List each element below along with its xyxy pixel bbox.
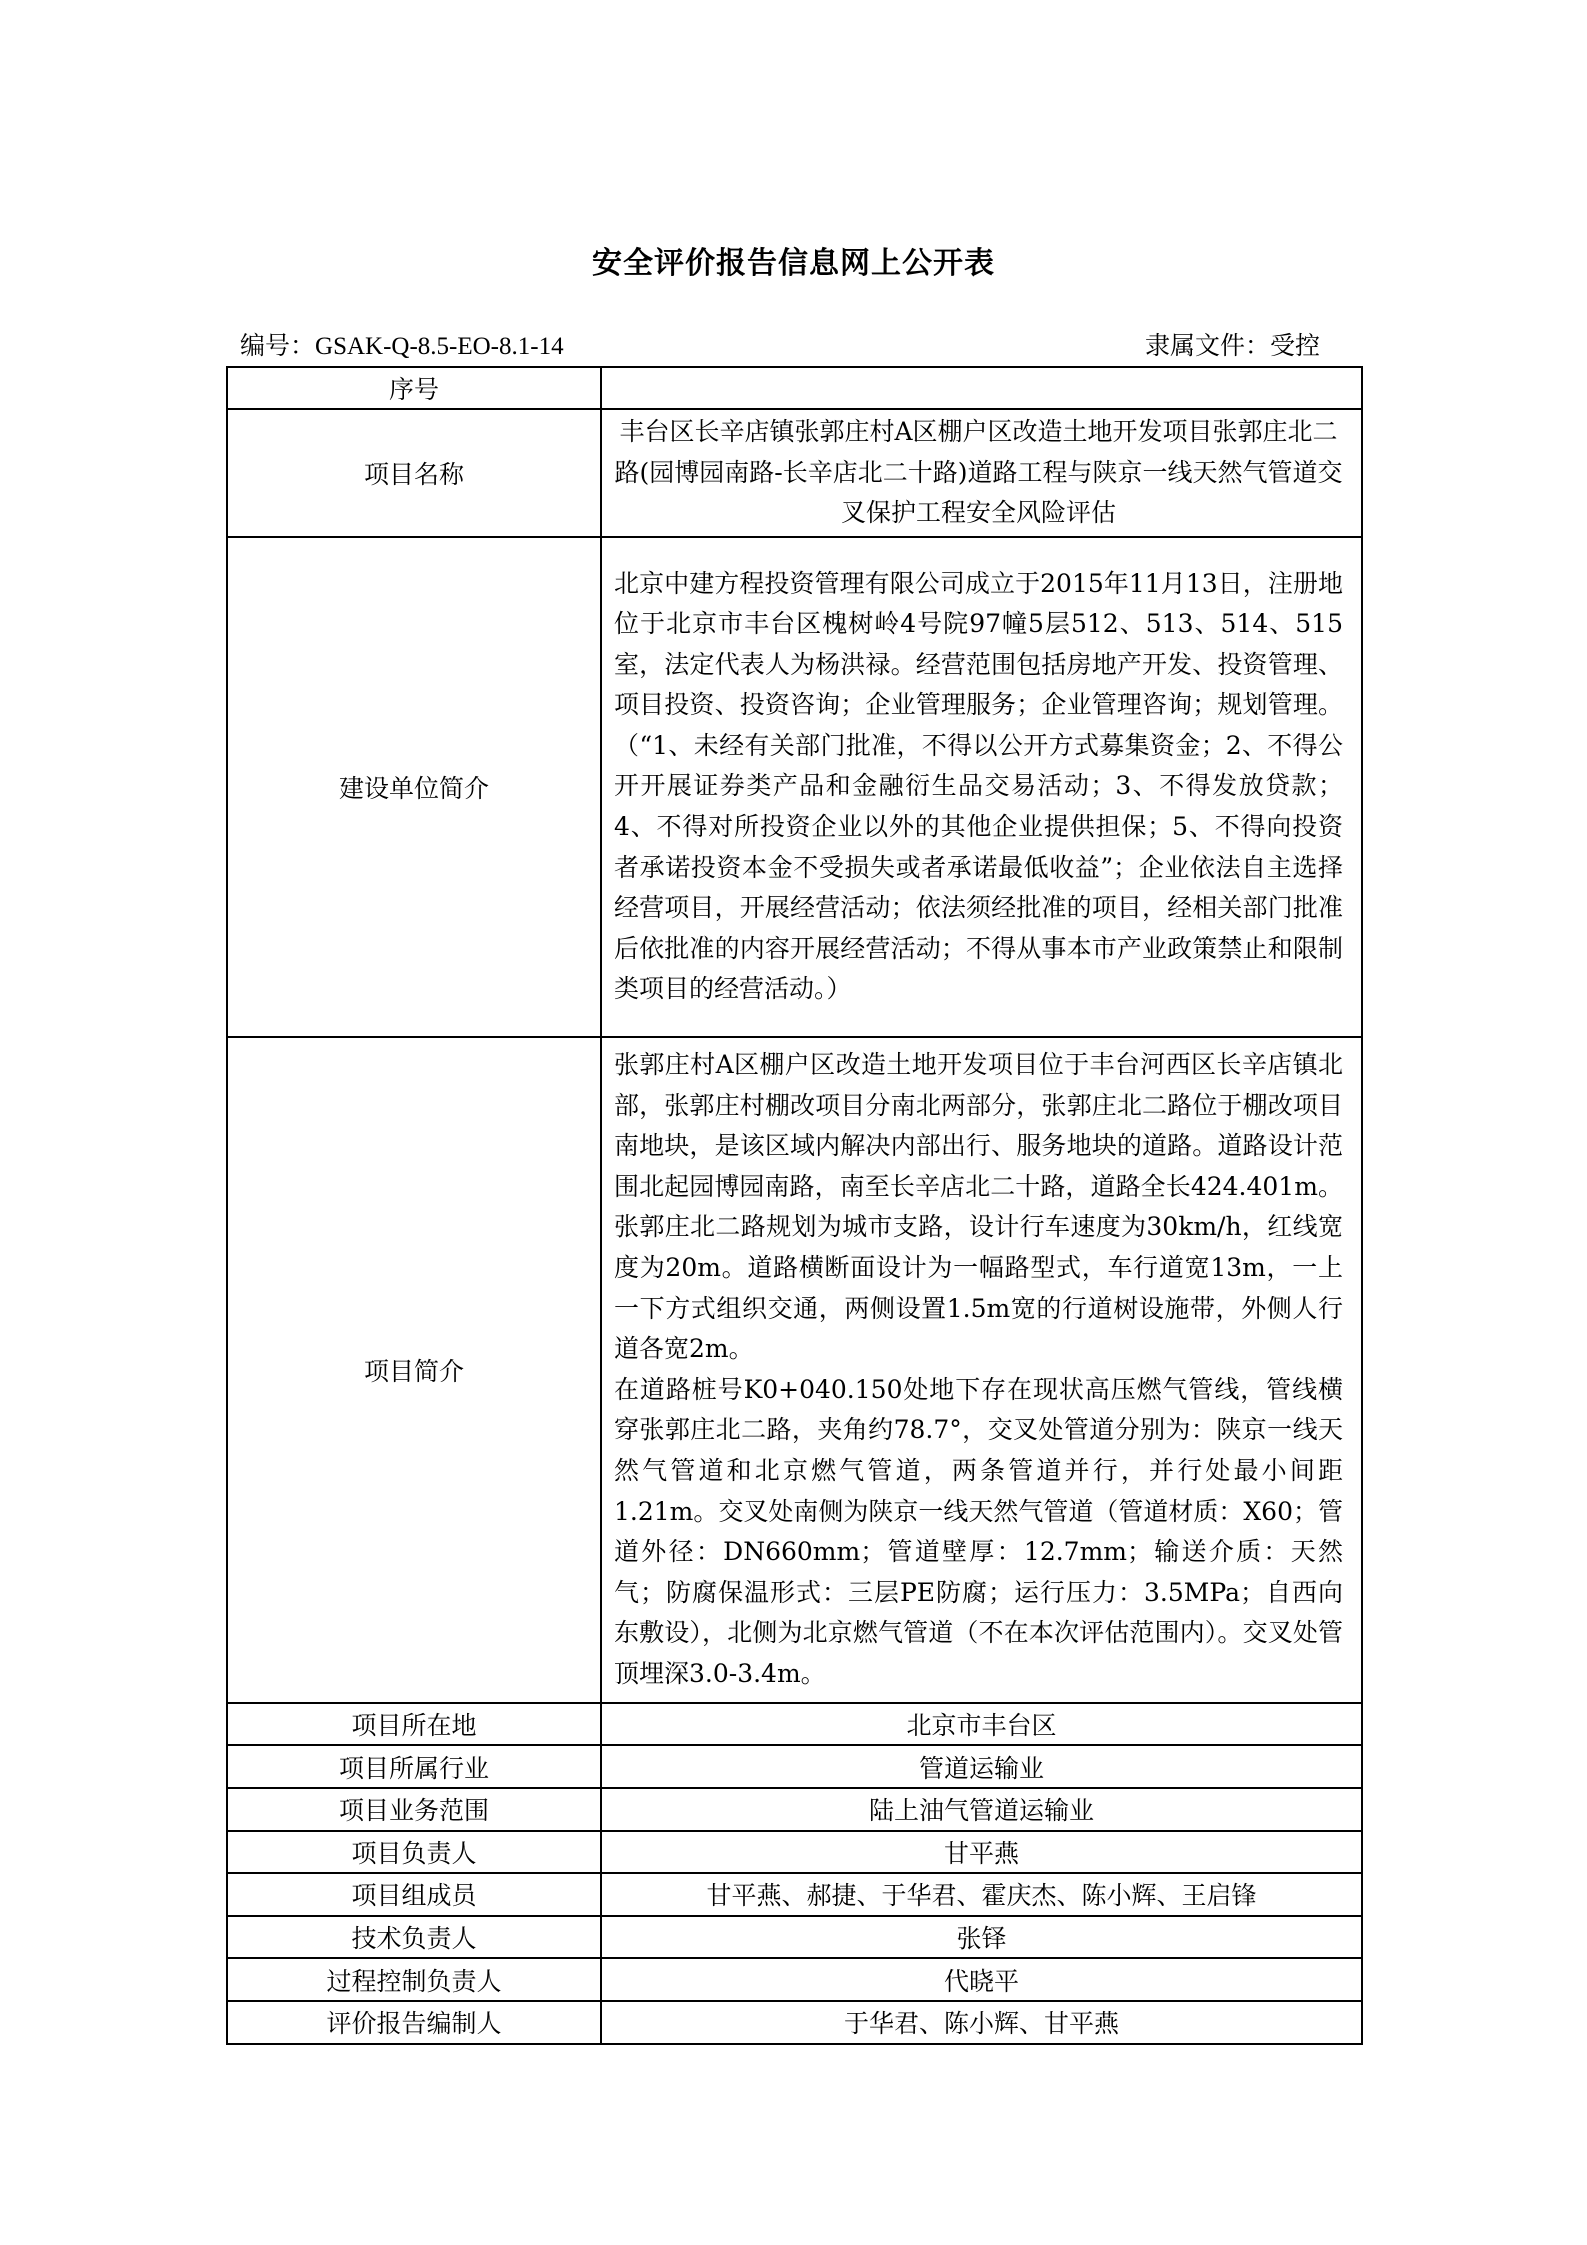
table-row-location: 项目所在地 北京市丰台区 xyxy=(227,1703,1362,1746)
row-label: 建设单位简介 xyxy=(227,537,601,1037)
table-row-builder-intro: 建设单位简介 北京中建方程投资管理有限公司成立于2015年11月13日，注册地位… xyxy=(227,537,1362,1037)
row-label: 评价报告编制人 xyxy=(227,2001,601,2044)
row-label: 项目名称 xyxy=(227,409,601,537)
document-meta: 编号：GSAK-Q-8.5-EO-8.1-14 隶属文件：受控 xyxy=(240,326,1320,362)
table-row-technical-lead: 技术负责人 张铎 xyxy=(227,1916,1362,1959)
table-row-project-intro: 项目简介 张郭庄村A区棚户区改造土地开发项目位于丰台河西区长辛店镇北部，张郭庄村… xyxy=(227,1037,1362,1703)
row-value: 张郭庄村A区棚户区改造土地开发项目位于丰台河西区长辛店镇北部，张郭庄村棚改项目分… xyxy=(601,1037,1362,1703)
table-row-business-scope: 项目业务范围 陆上油气管道运输业 xyxy=(227,1788,1362,1831)
project-intro-paragraph-2: 在道路桩号K0+040.150处地下存在现状高压燃气管线，管线横穿张郭庄北二路，… xyxy=(614,1370,1343,1695)
document-code-value: GSAK-Q-8.5-EO-8.1-14 xyxy=(315,333,564,360)
disclosure-table: 序号 项目名称 丰台区长辛店镇张郭庄村A区棚户区改造土地开发项目张郭庄北二路(园… xyxy=(226,366,1363,2045)
row-value: 甘平燕、郝捷、于华君、霍庆杰、陈小辉、王启锋 xyxy=(601,1873,1362,1916)
document-title: 安全评价报告信息网上公开表 xyxy=(0,238,1587,282)
row-value: 代晓平 xyxy=(601,1958,1362,2001)
row-value xyxy=(601,367,1362,409)
document-subordinate-value: 受控 xyxy=(1270,331,1320,360)
row-label: 过程控制负责人 xyxy=(227,1958,601,2001)
row-label: 项目负责人 xyxy=(227,1831,601,1874)
document-subordinate: 隶属文件：受控 xyxy=(1145,326,1320,362)
row-value: 张铎 xyxy=(601,1916,1362,1959)
row-label: 项目业务范围 xyxy=(227,1788,601,1831)
row-value: 管道运输业 xyxy=(601,1745,1362,1788)
row-value: 于华君、陈小辉、甘平燕 xyxy=(601,2001,1362,2044)
project-intro-paragraph-1: 张郭庄村A区棚户区改造土地开发项目位于丰台河西区长辛店镇北部，张郭庄村棚改项目分… xyxy=(614,1045,1343,1370)
row-label: 项目所属行业 xyxy=(227,1745,601,1788)
row-value: 陆上油气管道运输业 xyxy=(601,1788,1362,1831)
table-row-serial-number: 序号 xyxy=(227,367,1362,409)
row-value: 北京中建方程投资管理有限公司成立于2015年11月13日，注册地位于北京市丰台区… xyxy=(601,537,1362,1037)
row-label: 项目简介 xyxy=(227,1037,601,1703)
row-label: 项目所在地 xyxy=(227,1703,601,1746)
row-value: 甘平燕 xyxy=(601,1831,1362,1874)
row-label: 序号 xyxy=(227,367,601,409)
table-row-project-lead: 项目负责人 甘平燕 xyxy=(227,1831,1362,1874)
table-row-report-authors: 评价报告编制人 于华君、陈小辉、甘平燕 xyxy=(227,2001,1362,2044)
table-row-industry: 项目所属行业 管道运输业 xyxy=(227,1745,1362,1788)
table-row-process-control-lead: 过程控制负责人 代晓平 xyxy=(227,1958,1362,2001)
row-value: 北京市丰台区 xyxy=(601,1703,1362,1746)
row-label: 技术负责人 xyxy=(227,1916,601,1959)
table-row-team-members: 项目组成员 甘平燕、郝捷、于华君、霍庆杰、陈小辉、王启锋 xyxy=(227,1873,1362,1916)
row-label: 项目组成员 xyxy=(227,1873,601,1916)
row-value: 丰台区长辛店镇张郭庄村A区棚户区改造土地开发项目张郭庄北二路(园博园南路-长辛店… xyxy=(601,409,1362,537)
table-row-project-name: 项目名称 丰台区长辛店镇张郭庄村A区棚户区改造土地开发项目张郭庄北二路(园博园南… xyxy=(227,409,1362,537)
document-code: 编号：GSAK-Q-8.5-EO-8.1-14 xyxy=(240,326,564,362)
